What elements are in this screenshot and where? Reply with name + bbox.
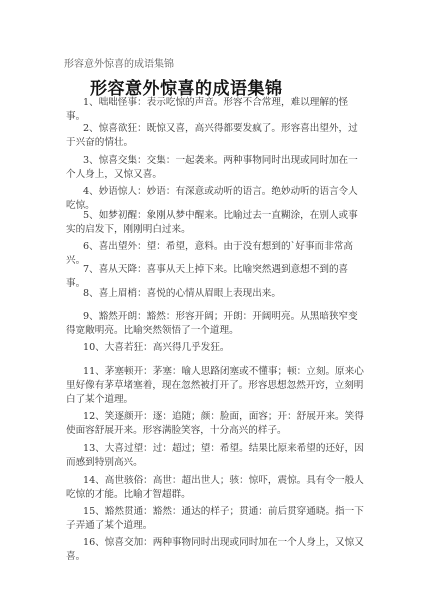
idiom-entry: 10、大喜若狂：高兴得几乎发狂。 — [66, 341, 366, 355]
idiom-entry: 3、惊喜交集：交集：一起袭来。两种事物同时出现或同时加在一个人身上，又惊又喜。 — [66, 154, 366, 182]
idiom-entry: 16、惊喜交加：两种事物同时出现或同时加在一个人身上，又惊又喜。 — [66, 536, 366, 564]
idiom-entry: 11、茅塞顿开：茅塞：喻人思路闭塞或不懂事；顿：立刻。原来心里好像有茅草堵塞着，… — [66, 365, 366, 407]
idiom-entry: 14、高世骇俗：高世：超出世人；骇：惊吓，震惊。具有令一般人吃惊的才能。比喻才智… — [66, 474, 366, 502]
idiom-entry: 1、咄咄怪事：表示吃惊的声音。形容不合常理，难以理解的怪事。 — [66, 96, 366, 124]
idiom-entry: 8、喜上眉梢：喜悦的心情从眉眼上表现出来。 — [66, 287, 366, 301]
idiom-entry: 12、笑逐颜开：逐：追随；颜：脸面，面容；开：舒展开来。笑得使面容舒展开来。形容… — [66, 410, 366, 438]
idiom-entry: 13、大喜过望：过：超过；望：希望。结果比原来希望的还好，因而感到特别高兴。 — [66, 442, 366, 470]
idiom-entry: 9、豁然开朗：豁然：形容开阔；开朗：开阔明亮。从黑暗狭窄变得宽敞明亮。比喻突然领… — [66, 310, 366, 338]
idiom-entry: 5、如梦初醒：象刚从梦中醒来。比喻过去一直糊涂，在别人或事实的启发下，刚刚明白过… — [66, 209, 366, 237]
idiom-entry: 2、惊喜欲狂：既惊又喜，高兴得都要发疯了。形容喜出望外，过于兴奋的情壮。 — [66, 122, 366, 150]
running-header: 形容意外惊喜的成语集锦 — [64, 55, 174, 70]
idiom-entry: 15、豁然贯通：豁然：通达的样子；贯通：前后贯穿通晓。指一下子弄通了某个道理。 — [66, 505, 366, 533]
